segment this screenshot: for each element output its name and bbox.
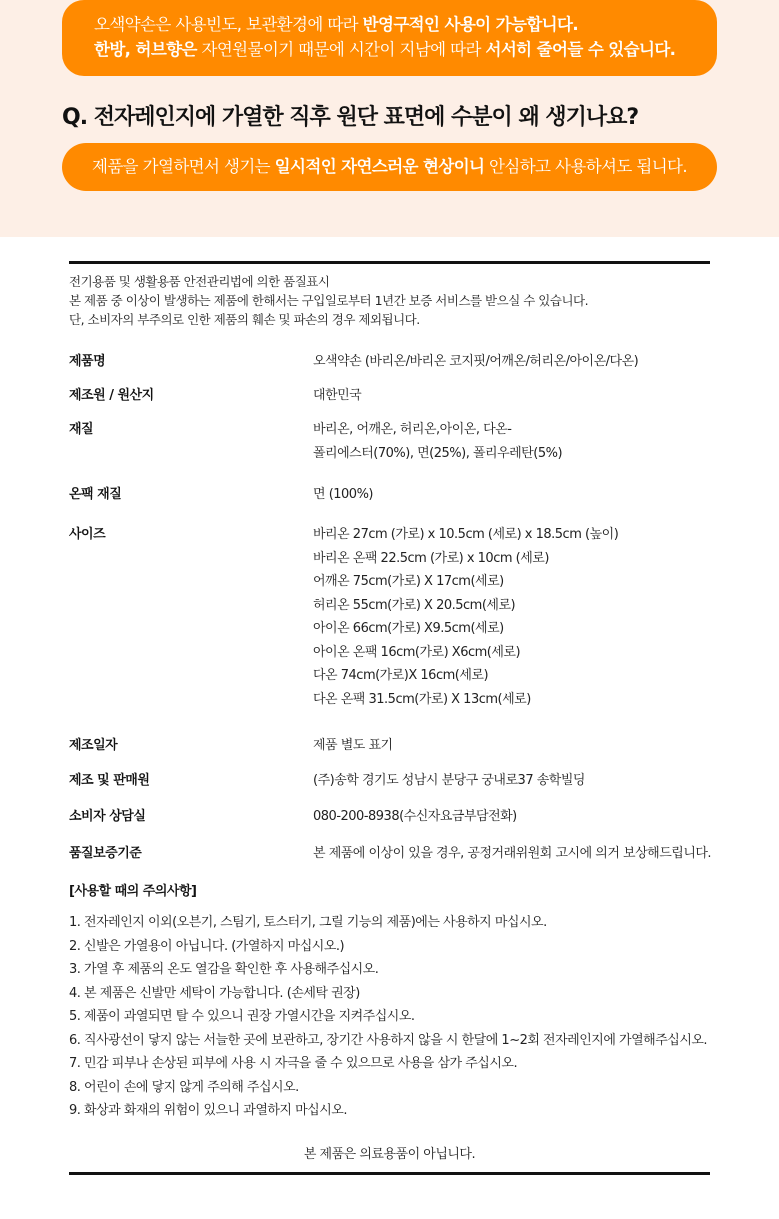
- medical-disclaimer: 본 제품은 의료용품이 아닙니다.: [69, 1143, 710, 1162]
- answer-emphasis: 일시적인 자연스러운 현상이니: [275, 157, 485, 176]
- notice-line-1: 오색약손은 사용빈도, 보관환경에 따라 반영구적인 사용이 가능합니다.: [94, 12, 717, 37]
- spec-value-line: 바리온 온팩 22.5cm (가로) x 10cm (세로): [313, 547, 618, 571]
- notice-text: 자연원물이기 때문에 시간이 지남에 따라: [197, 40, 486, 59]
- spec-label: 제조원 / 원산지: [69, 384, 154, 408]
- spec-label: 제조일자: [69, 734, 117, 758]
- spec-value: (주)송학 경기도 성남시 분당구 궁내로37 송학빌딩: [313, 769, 585, 793]
- spec-label: 품질보증기준: [69, 842, 141, 866]
- spec-value-line: (주)송학 경기도 성남시 분당구 궁내로37 송학빌딩: [313, 769, 585, 793]
- spec-value-line: 바리온, 어깨온, 허리온,아이온, 다온-: [313, 418, 562, 442]
- spec-value: 오색약손 (바리온/바리온 코지핏/어깨온/허리온/아이온/다온): [313, 350, 638, 374]
- caution-item: 6. 직사광선이 닿지 않는 서늘한 곳에 보관하고, 장기간 사용하지 않을 …: [69, 1029, 707, 1053]
- cautions-list: 1. 전자레인지 이외(오븐기, 스팀기, 토스터기, 그릴 기능의 제품)에는…: [69, 911, 707, 1123]
- caution-item: 5. 제품이 과열되면 탈 수 있으니 권장 가열시간을 지켜주십시오.: [69, 1005, 707, 1029]
- answer-text: 안심하고 사용하셔도 됩니다.: [484, 157, 687, 176]
- spec-value-line: 어깨온 75cm(가로) X 17cm(세로): [313, 570, 618, 594]
- intro-line: 단, 소비자의 부주의로 인한 제품의 훼손 및 파손의 경우 제외됩니다.: [69, 310, 588, 329]
- spec-value: 대한민국: [313, 384, 361, 408]
- cautions-title: [사용할 때의 주의사항]: [69, 880, 196, 899]
- spec-value-line: 제품 별도 표기: [313, 734, 393, 758]
- spec-value-line: 다온 74cm(가로)X 16cm(세로): [313, 664, 618, 688]
- bottom-divider: [69, 1172, 710, 1175]
- spec-label: 제조 및 판매원: [69, 769, 149, 793]
- spec-value-line: 바리온 27cm (가로) x 10.5cm (세로) x 18.5cm (높이…: [313, 523, 618, 547]
- spec-value-line: 면 (100%): [313, 483, 373, 507]
- spec-value-line: 본 제품에 이상이 있을 경우, 공정거래위원회 고시에 의거 보상해드립니다.: [313, 842, 711, 866]
- spec-value: 바리온, 어깨온, 허리온,아이온, 다온- 폴리에스터(70%), 면(25%…: [313, 418, 562, 465]
- quality-intro: 전기용품 및 생활용품 안전관리법에 의한 품질표시 본 제품 중 이상이 발생…: [69, 272, 588, 329]
- spec-label: 사이즈: [69, 523, 105, 547]
- top-divider: [69, 261, 710, 264]
- spec-value-line: 오색약손 (바리온/바리온 코지핏/어깨온/허리온/아이온/다온): [313, 350, 638, 374]
- caution-item: 4. 본 제품은 신발만 세탁이 가능합니다. (손세탁 권장): [69, 982, 707, 1006]
- intro-line: 전기용품 및 생활용품 안전관리법에 의한 품질표시: [69, 272, 588, 291]
- spec-value-line: 아이온 온팩 16cm(가로) X6cm(세로): [313, 641, 618, 665]
- spec-label: 재질: [69, 418, 93, 442]
- usage-notice-box: 오색약손은 사용빈도, 보관환경에 따라 반영구적인 사용이 가능합니다. 한방…: [62, 0, 717, 76]
- spec-value-line: 폴리에스터(70%), 면(25%), 폴리우레탄(5%): [313, 442, 562, 466]
- caution-item: 3. 가열 후 제품의 온도 열감을 확인한 후 사용해주십시오.: [69, 958, 707, 982]
- notice-emphasis: 한방, 허브향은: [94, 40, 197, 59]
- spec-value: 제품 별도 표기: [313, 734, 393, 758]
- spec-value-line: 아이온 66cm(가로) X9.5cm(세로): [313, 617, 618, 641]
- faq-section: 오색약손은 사용빈도, 보관환경에 따라 반영구적인 사용이 가능합니다. 한방…: [0, 0, 779, 237]
- spec-value-line: 다온 온팩 31.5cm(가로) X 13cm(세로): [313, 688, 618, 712]
- caution-item: 9. 화상과 화재의 위험이 있으니 과열하지 마십시오.: [69, 1099, 707, 1123]
- caution-item: 7. 민감 피부나 손상된 피부에 사용 시 자극을 줄 수 있으므로 사용을 …: [69, 1052, 707, 1076]
- caution-item: 8. 어린이 손에 닿지 않게 주의해 주십시오.: [69, 1076, 707, 1100]
- notice-text: 오색약손은 사용빈도, 보관환경에 따라: [94, 15, 363, 34]
- spec-label: 온팩 재질: [69, 483, 121, 507]
- spec-label: 제품명: [69, 350, 105, 374]
- spec-value-line: 허리온 55cm(가로) X 20.5cm(세로): [313, 594, 618, 618]
- notice-line-2: 한방, 허브향은 자연원물이기 때문에 시간이 지남에 따라 서서히 줄어들 수…: [94, 37, 717, 62]
- caution-item: 1. 전자레인지 이외(오븐기, 스팀기, 토스터기, 그릴 기능의 제품)에는…: [69, 911, 707, 935]
- spec-value: 본 제품에 이상이 있을 경우, 공정거래위원회 고시에 의거 보상해드립니다.: [313, 842, 711, 866]
- faq-answer: 제품을 가열하면서 생기는 일시적인 자연스러운 현상이니 안심하고 사용하셔도…: [92, 155, 717, 179]
- spec-value: 바리온 27cm (가로) x 10.5cm (세로) x 18.5cm (높이…: [313, 523, 618, 711]
- caution-item: 2. 신발은 가열용이 아닙니다. (가열하지 마십시오.): [69, 935, 707, 959]
- intro-line: 본 제품 중 이상이 발생하는 제품에 한해서는 구입일로부터 1년간 보증 서…: [69, 291, 588, 310]
- faq-answer-box: 제품을 가열하면서 생기는 일시적인 자연스러운 현상이니 안심하고 사용하셔도…: [62, 143, 717, 191]
- notice-emphasis: 서서히 줄어들 수 있습니다.: [486, 40, 676, 59]
- spec-value: 면 (100%): [313, 483, 373, 507]
- faq-question: Q. 전자레인지에 가열한 직후 원단 표면에 수분이 왜 생기나요?: [62, 100, 638, 131]
- spec-value-line: 대한민국: [313, 384, 361, 408]
- spec-value: 080-200-8938(수신자요금부담전화): [313, 805, 517, 829]
- notice-emphasis: 반영구적인 사용이 가능합니다.: [363, 15, 578, 34]
- spec-value-line: 080-200-8938(수신자요금부담전화): [313, 805, 517, 829]
- answer-text: 제품을 가열하면서 생기는: [92, 157, 275, 176]
- spec-label: 소비자 상담실: [69, 805, 145, 829]
